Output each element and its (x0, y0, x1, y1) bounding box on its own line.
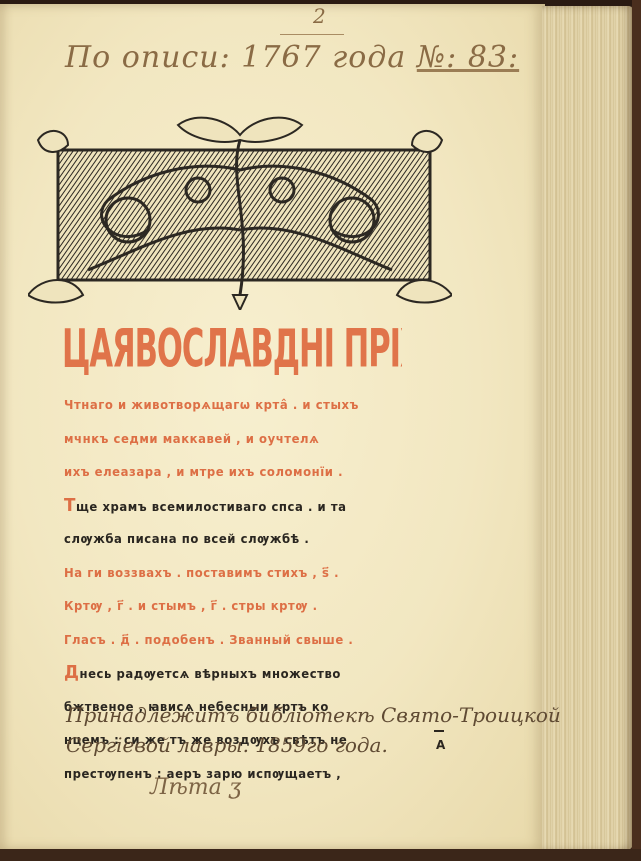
ownership-note-line-1: Принадлежитъ библіотекѣ Свято-Троицкой (66, 703, 561, 727)
bottom-handwritten-note: Лѣта ӡ (150, 775, 241, 800)
text-line: Кртѹ , г҃ . и стымъ , г҃ . стры кртѹ . (64, 594, 390, 617)
folio-mark: 2 (313, 4, 326, 28)
inventory-line: По описи: 1767 года (65, 40, 406, 75)
text-line: Днесь радѹетсѧ вѣрныхъ множество (64, 661, 390, 684)
red-initial: Т (64, 495, 76, 516)
floral-ornament-icon (28, 110, 452, 310)
ownership-note-line-2: Сергіевой лавры. 1859го года. (66, 733, 388, 757)
inventory-note: По описи: 1767 года №: 83: (65, 40, 519, 75)
woodcut-headpiece (28, 110, 452, 310)
text-line: Тще храмъ всемилостиваго спса . и та (64, 494, 390, 517)
red-initial: Д (64, 662, 79, 683)
text-line: Чтнаго и животворѧщагѡ кртâ . и стыхъ (64, 393, 390, 416)
text-line: Гласъ . д҃ . подобенъ . Званный свыше . (64, 628, 390, 651)
signature-letter: А (436, 738, 445, 752)
text-line: На ги воззвахъ . поставимъ стихъ , ѕ҃ . (64, 561, 390, 584)
folio-underline (280, 34, 344, 35)
text-line: слѹжба писана по всей слѹжбѣ . (64, 527, 390, 550)
book-cover-edge (632, 0, 641, 861)
text-line: ихъ елеазара , и мтре ихъ соломонїи . (64, 460, 390, 483)
text-line: мчнкъ седми маккавей , и оучтелѧ (64, 427, 390, 450)
signature-mark-bar (434, 730, 444, 732)
book-bottom-edge (0, 849, 641, 861)
inventory-number: №: 83: (417, 40, 519, 75)
